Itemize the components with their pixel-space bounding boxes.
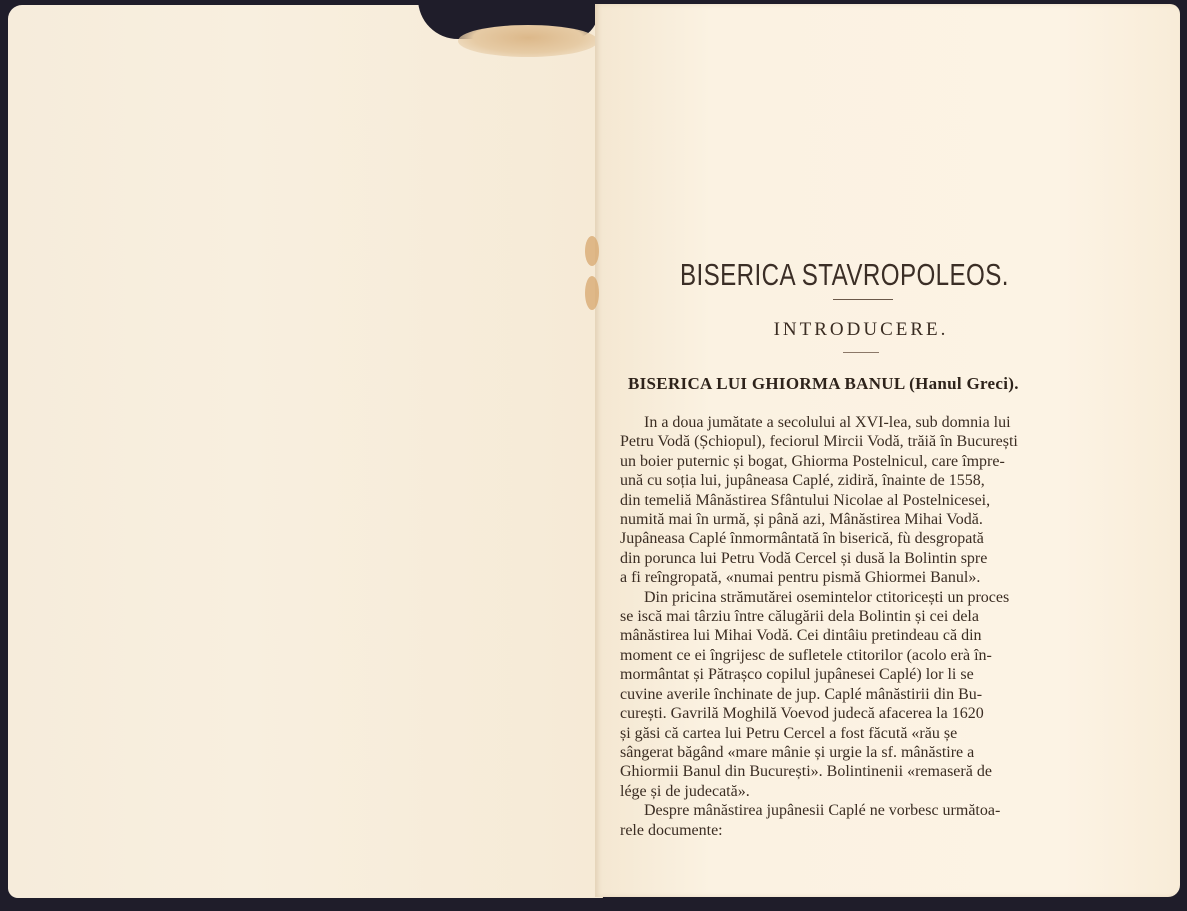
title-divider	[833, 299, 893, 300]
text-line: moment ce ei îngrijesc de sufletele ctit…	[620, 646, 1082, 665]
subheading: BISERICA LUI GHIORMA BANUL (Hanul Greci)…	[628, 373, 1082, 395]
scanned-book-spread: BISERICA STAVROPOLEOS. INTRODUCERE. BISE…	[0, 0, 1187, 911]
text-line: și găsi că cartea lui Petru Cercel a fos…	[620, 724, 1082, 743]
text-line: curești. Gavrilă Moghilă Voevod judecă a…	[620, 704, 1082, 723]
text-line: Din pricina strămutărei osemintelor ctit…	[620, 588, 1082, 607]
text-line: din porunca lui Petru Vodă Cercel și dus…	[620, 549, 1082, 568]
text-line: ună cu soția lui, jupâneasa Caplé, zidir…	[620, 471, 1082, 490]
text-line: Petru Vodă (Șchiopul), feciorul Mircii V…	[620, 432, 1082, 451]
page-title: BISERICA STAVROPOLEOS.	[680, 255, 994, 295]
page-content: BISERICA STAVROPOLEOS. INTRODUCERE. BISE…	[620, 255, 1082, 840]
text-line: cuvine averile închinate de jup. Caplé m…	[620, 685, 1082, 704]
left-page-blank	[8, 5, 603, 898]
text-line: numită mai în urmă, și până azi, Mânăsti…	[620, 510, 1082, 529]
text-line: din temeliă Mânăstirea Sfântului Nicolae…	[620, 491, 1082, 510]
text-line: In a doua jumătate a secolului al XVI-le…	[620, 413, 1082, 432]
paragraph-2: Din pricina strămutărei osemintelor ctit…	[620, 588, 1082, 801]
text-line: Ghiormii Banul din București». Bolintine…	[620, 762, 1082, 781]
edge-stain	[585, 236, 599, 266]
text-line: un boier puternic și bogat, Ghiorma Post…	[620, 452, 1082, 471]
edge-stain	[585, 276, 599, 310]
section-heading: INTRODUCERE.	[630, 318, 1092, 342]
section-divider	[843, 352, 879, 353]
body-text: In a doua jumătate a secolului al XVI-le…	[620, 413, 1082, 840]
text-line: mormântat și Pătrașco copilul jupânesei …	[620, 665, 1082, 684]
text-line: se iscă mai târziu între călugării dela …	[620, 607, 1082, 626]
paragraph-3: Despre mânăstirea jupânesii Caplé ne vor…	[620, 801, 1082, 840]
text-line: mânăstirea lui Mihai Vodă. Cei dintâiu p…	[620, 626, 1082, 645]
text-line: sângerat băgând «mare mânie și urgie la …	[620, 743, 1082, 762]
water-stain	[458, 25, 598, 57]
text-line: lége și de judecată».	[620, 782, 1082, 801]
text-line: rele documente:	[620, 821, 1082, 840]
paragraph-1: In a doua jumătate a secolului al XVI-le…	[620, 413, 1082, 588]
text-line: a fi reîngropată, «numai pentru pismă Gh…	[620, 568, 1082, 587]
text-line: Despre mânăstirea jupânesii Caplé ne vor…	[620, 801, 1082, 820]
text-line: Jupâneasa Caplé înmormântată în biserică…	[620, 529, 1082, 548]
